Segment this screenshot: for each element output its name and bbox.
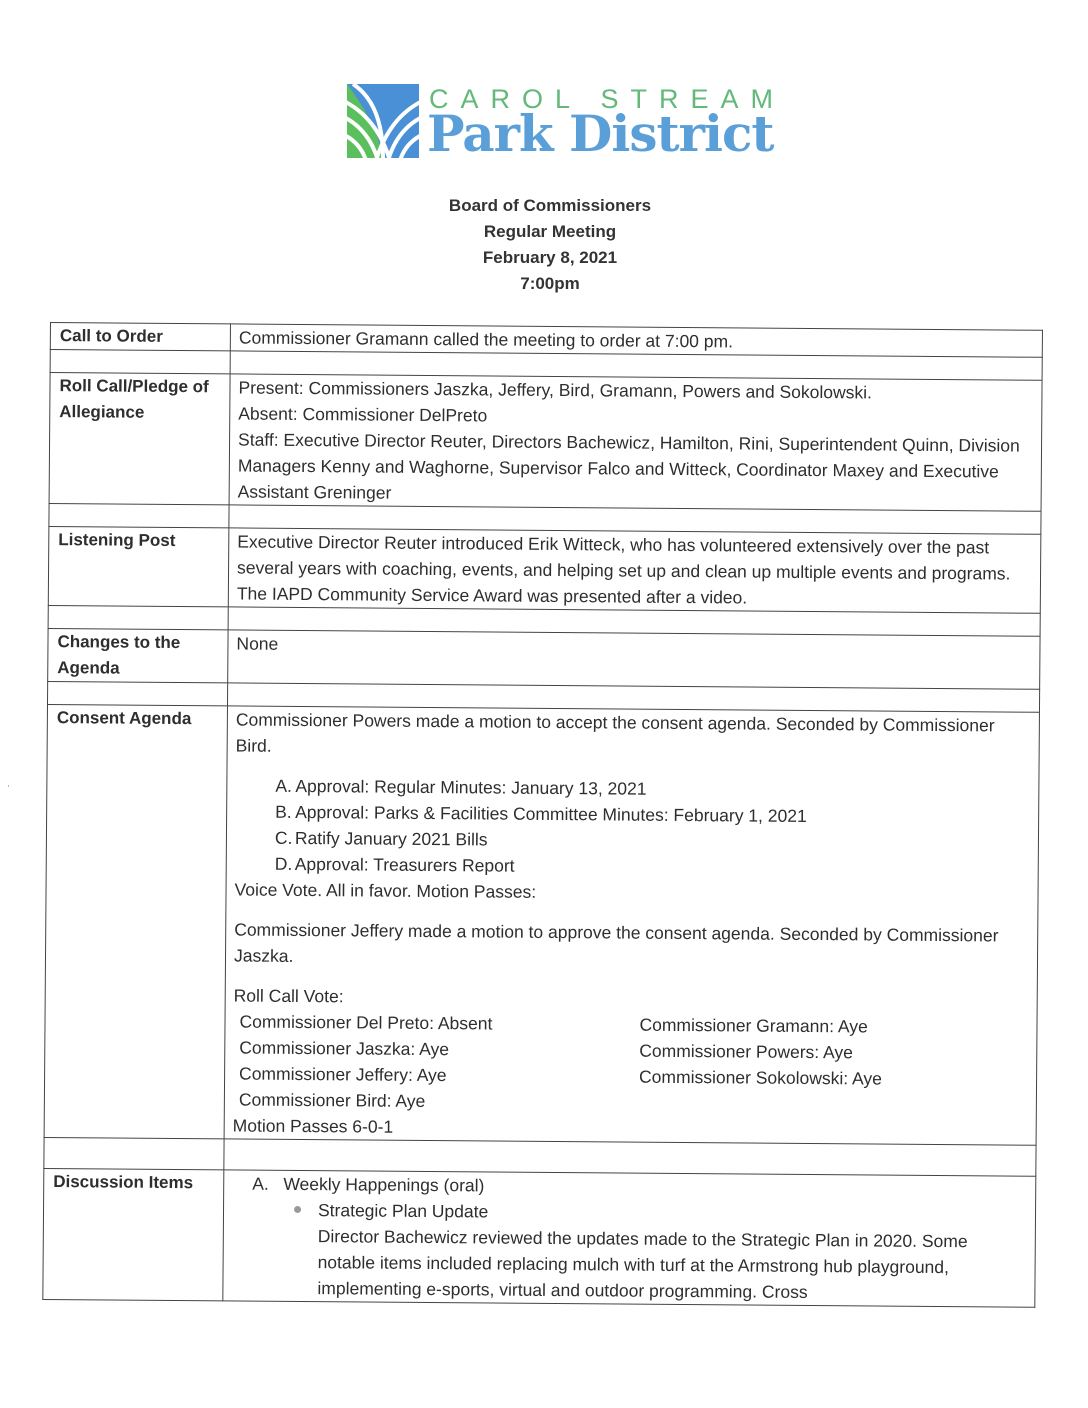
bullet-icon [294, 1206, 301, 1213]
row-label: Discussion Items [43, 1168, 224, 1300]
row-label: Consent Agenda [44, 704, 227, 1138]
vote-entry: Commissioner Del Preto: Absent [239, 1009, 639, 1038]
vote-entry: Commissioner Sokolowski: Aye [639, 1064, 1028, 1093]
meeting-type: Regular Meeting [0, 219, 1088, 245]
row-roll-call: Roll Call/Pledge of Allegiance Present: … [49, 373, 1042, 512]
row-content: Present: Commissioners Jaszka, Jeffery, … [229, 374, 1042, 511]
row-label: Call to Order [50, 323, 230, 351]
logo-mark-icon [347, 84, 419, 158]
roll-call-votes: Commissioner Del Preto: Absent Commissio… [233, 1008, 1029, 1118]
votes-right-column: Commissioner Gramann: Aye Commissioner P… [639, 1012, 1029, 1119]
meeting-header: Board of Commissioners Regular Meeting F… [0, 193, 1088, 297]
vote-entry: Commissioner Gramann: Aye [639, 1012, 1028, 1041]
row-label: Roll Call/Pledge of Allegiance [49, 373, 230, 505]
minutes-table: Call to Order Commissioner Gramann calle… [42, 322, 1043, 1308]
vote-entry: Commissioner Jaszka: Aye [239, 1035, 639, 1064]
row-changes-to-agenda: Changes to the Agenda None [48, 628, 1040, 689]
row-discussion-items: Discussion Items A. Weekly Happenings (o… [43, 1168, 1036, 1307]
row-content: Executive Director Reuter introduced Eri… [228, 528, 1041, 613]
bullet-body: Director Bachewicz reviewed the updates … [231, 1222, 1027, 1306]
row-content: Commissioner Powers made a motion to acc… [224, 706, 1039, 1145]
vote-entry: Commissioner Bird: Aye [239, 1087, 639, 1116]
board-title: Board of Commissioners [0, 193, 1088, 219]
meeting-time: 7:00pm [0, 271, 1088, 297]
votes-left-column: Commissioner Del Preto: Absent Commissio… [239, 1009, 640, 1116]
row-listening-post: Listening Post Executive Director Reuter… [48, 526, 1041, 613]
logo-text-main: Park District [427, 104, 774, 163]
vote-entry: Commissioner Powers: Aye [639, 1038, 1028, 1067]
row-label: Changes to the Agenda [48, 628, 228, 682]
park-district-logo: CAROL STREAM Park District [347, 84, 752, 160]
consent-motion-1: Commissioner Powers made a motion to acc… [236, 706, 1031, 764]
row-label: Listening Post [48, 526, 229, 606]
meeting-date: February 8, 2021 [0, 245, 1088, 271]
row-content: A. Weekly Happenings (oral) Strategic Pl… [223, 1170, 1036, 1307]
scan-artifact [8, 785, 9, 787]
vote-entry: Commissioner Jeffery: Aye [239, 1061, 639, 1090]
row-consent-agenda: Consent Agenda Commissioner Powers made … [44, 704, 1039, 1145]
consent-motion-2: Commissioner Jeffery made a motion to ap… [234, 916, 1029, 974]
row-content: None [228, 630, 1040, 689]
consent-items: A.Approval: Regular Minutes: January 13,… [235, 772, 1031, 882]
staff-list: Staff: Executive Director Reuter, Direct… [238, 426, 1034, 510]
